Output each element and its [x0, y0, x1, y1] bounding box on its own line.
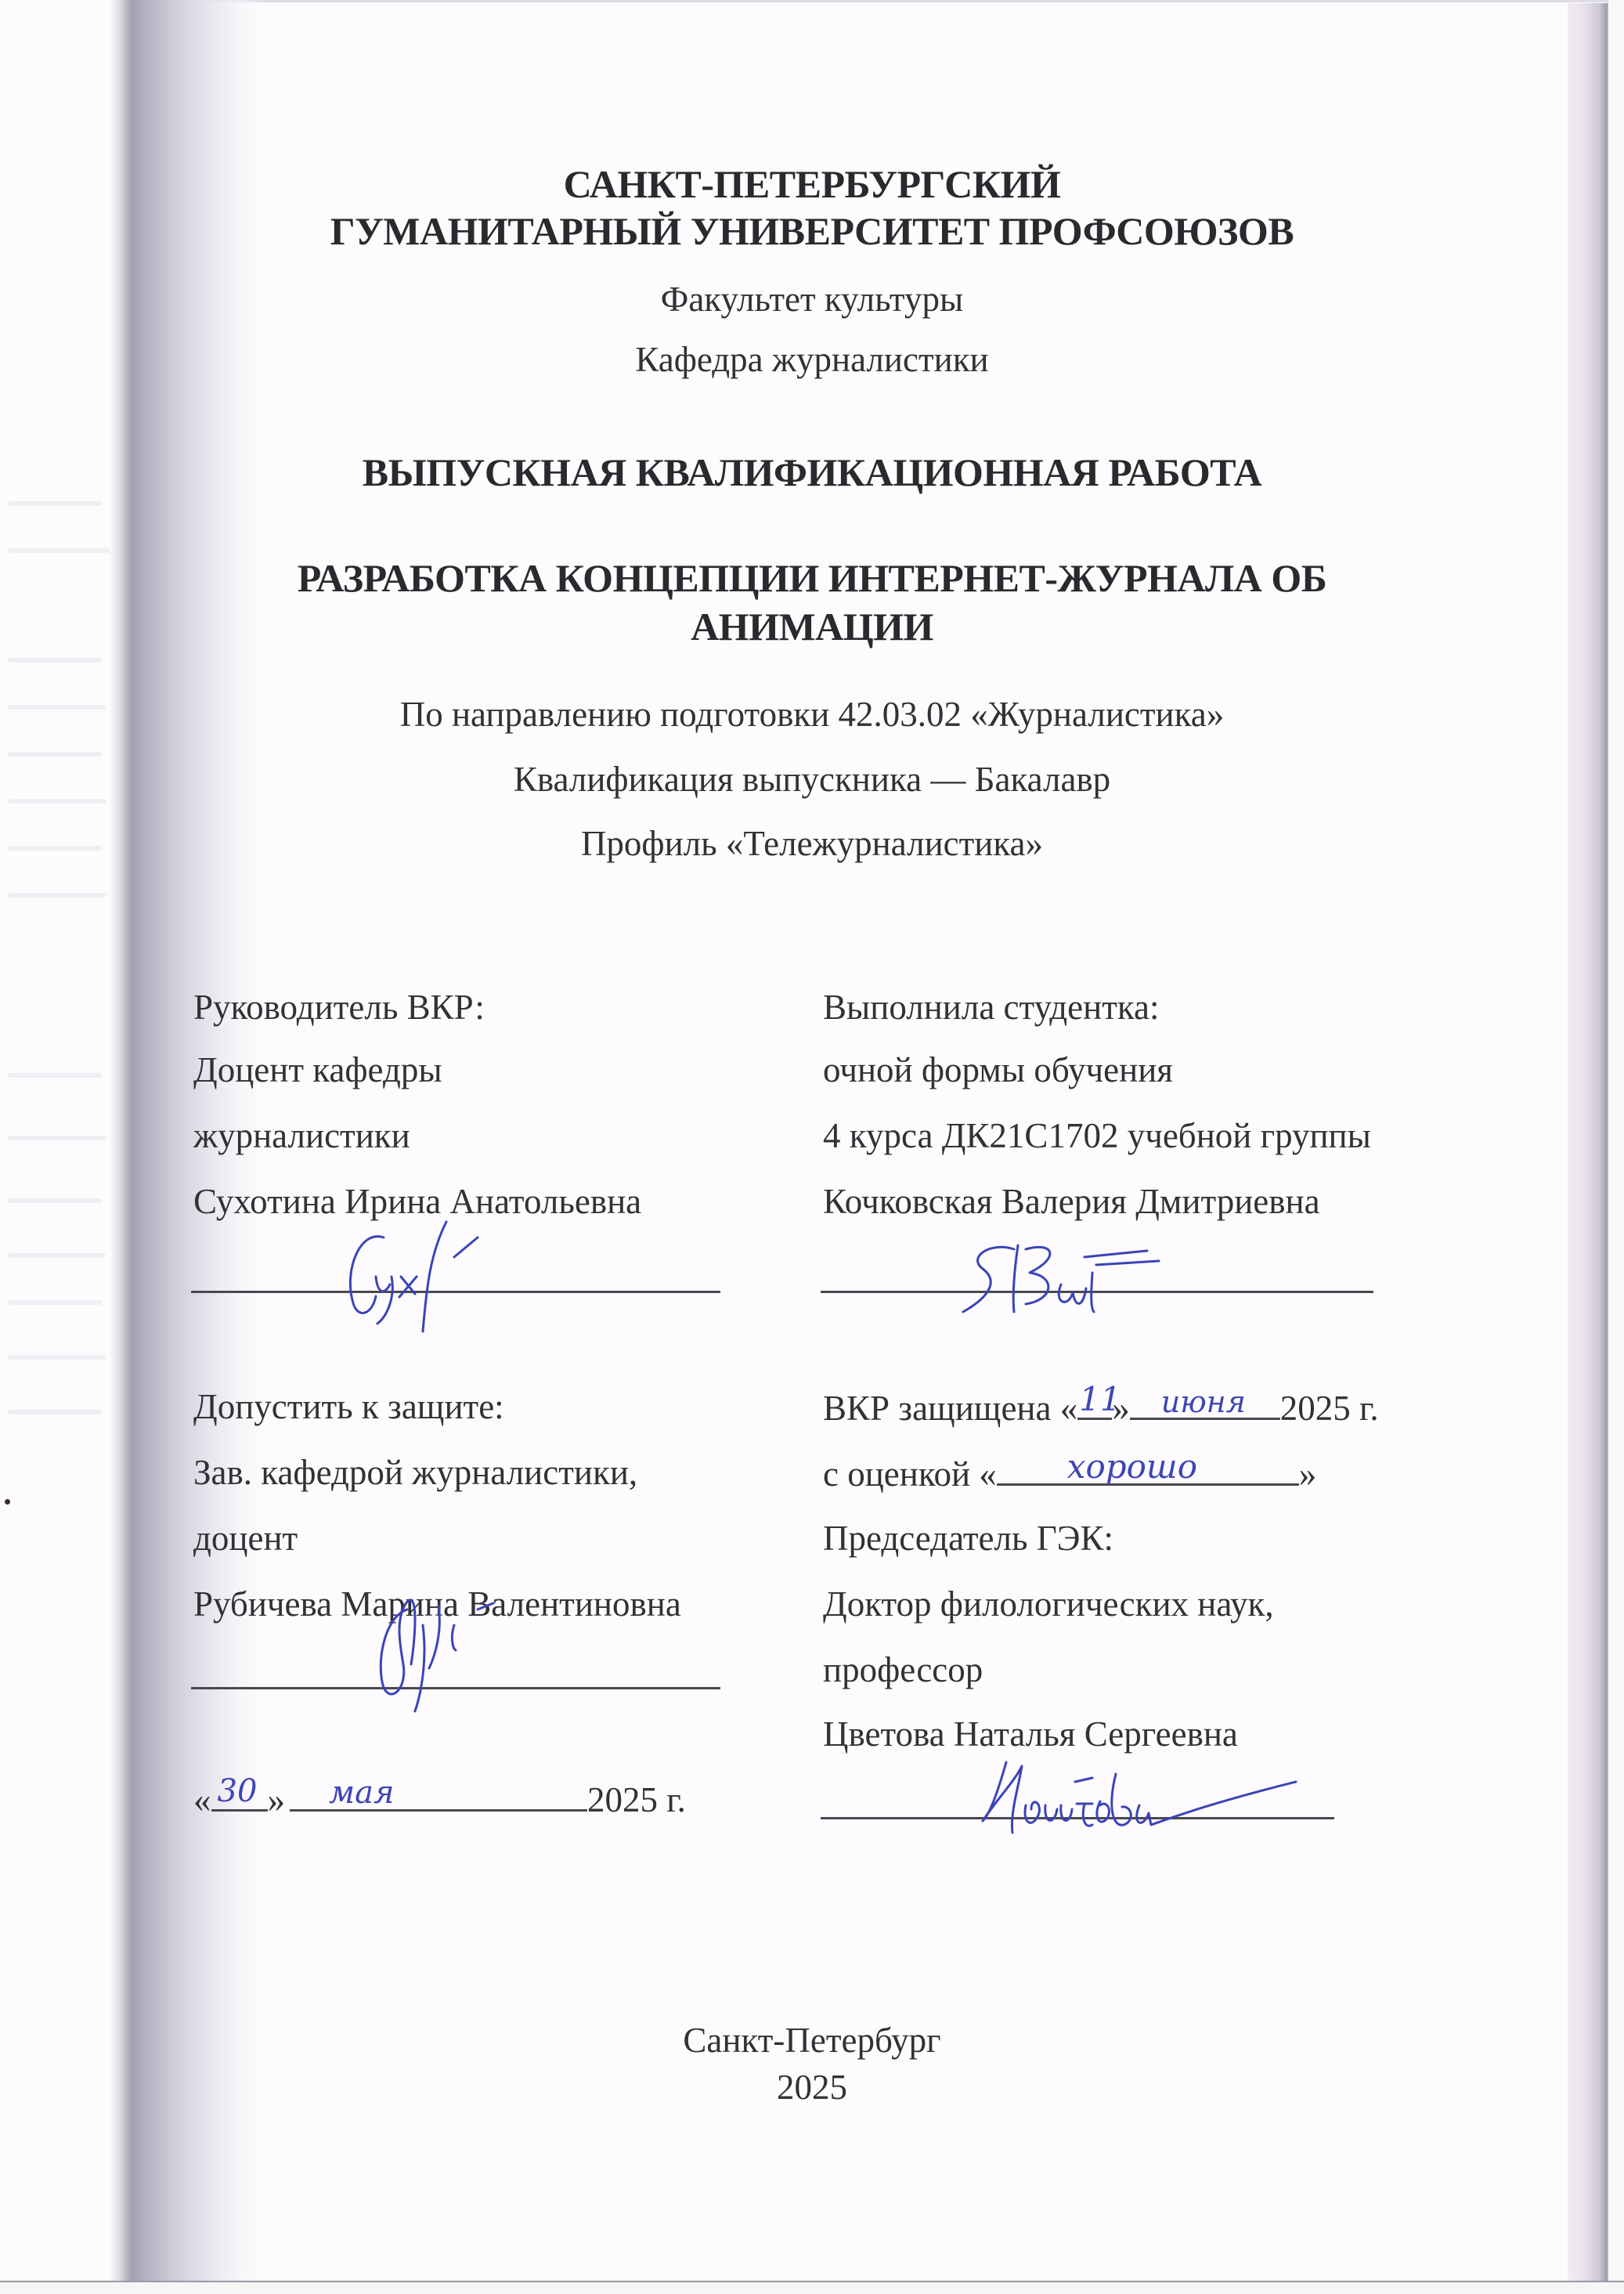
date-close-quote: » [268, 1780, 286, 1819]
student-signature [959, 1234, 1163, 1320]
bleed-through [8, 893, 106, 898]
bleed-through [8, 1198, 102, 1203]
page-bottom-edge [0, 2281, 1624, 2294]
defense-grade: с оценкой «хорошо» [823, 1452, 1316, 1494]
city: Санкт-Петербург [0, 2020, 1624, 2061]
work-title-line1: РАЗРАБОТКА КОНЦЕПЦИИ ИНТЕРНЕТ-ЖУРНАЛА ОБ [0, 555, 1624, 601]
date-day-handwritten: 30 [218, 1773, 258, 1809]
chair-degree: Доктор филологических наук, [823, 1584, 1274, 1624]
grade-field: хорошо [997, 1452, 1299, 1486]
faculty: Факультет культуры [0, 279, 1624, 320]
supervisor-signature [329, 1222, 485, 1331]
bleed-through [8, 658, 102, 663]
admission-date: «30»мая2025 г. [193, 1778, 686, 1820]
defended-month-handwritten: июня [1161, 1385, 1246, 1419]
grade-suffix: » [1299, 1454, 1317, 1494]
bleed-through [8, 1253, 106, 1258]
bleed-through [8, 1355, 106, 1360]
chair-label: Председатель ГЭК: [823, 1518, 1113, 1559]
defended-day-field: 11 [1077, 1386, 1112, 1420]
chair-title: профессор [823, 1649, 983, 1690]
bleed-through [8, 1300, 102, 1305]
supervisor-position-line2: журналистики [193, 1115, 410, 1156]
defense-date: ВКР защищена «11»июня2025 г. [823, 1386, 1379, 1429]
chair-name: Цветова Наталья Сергеевна [823, 1714, 1238, 1754]
defended-year: 2025 г. [1280, 1389, 1379, 1428]
student-study-form: очной формы обучения [823, 1049, 1173, 1090]
bleed-through [8, 1136, 106, 1140]
work-title-line2: АНИМАЦИИ [0, 604, 1624, 649]
date-year: 2025 г. [587, 1780, 686, 1819]
year: 2025 [0, 2067, 1624, 2108]
admission-signature [360, 1594, 532, 1719]
chair-signature [983, 1758, 1312, 1852]
bleed-through [8, 1073, 102, 1078]
date-open-quote: « [193, 1780, 211, 1819]
study-direction: По направлению подготовки 42.03.02 «Журн… [0, 694, 1624, 735]
grade-prefix: с оценкой « [823, 1454, 997, 1494]
supervisor-position-line1: Доцент кафедры [193, 1049, 442, 1090]
defended-day-handwritten: 11 [1079, 1380, 1121, 1418]
grade-handwritten: хорошо [1067, 1447, 1197, 1486]
date-day-field: 30 [211, 1778, 268, 1812]
supervisor-label: Руководитель ВКР: [193, 987, 485, 1028]
scan-speck [5, 1499, 10, 1505]
admission-position-line2: доцент [193, 1518, 298, 1559]
bleed-through [8, 1410, 102, 1414]
admission-position-line1: Зав. кафедрой журналистики, [193, 1452, 637, 1493]
university-name-line1: САНКТ-ПЕТЕРБУРГСКИЙ [0, 161, 1624, 207]
department: Кафедра журналистики [0, 339, 1624, 380]
student-name: Кочковская Валерия Дмитриевна [823, 1181, 1320, 1222]
university-name-line2: ГУМАНИТАРНЫЙ УНИВЕРСИТЕТ ПРОФСОЮЗОВ [0, 208, 1624, 254]
student-label: Выполнила студентка: [823, 987, 1160, 1028]
date-month-field: мая [290, 1778, 587, 1812]
profile: Профиль «Тележурналистика» [0, 823, 1624, 864]
work-type: ВЫПУСКНАЯ КВАЛИФИКАЦИОННАЯ РАБОТА [0, 450, 1624, 495]
supervisor-name: Сухотина Ирина Анатольевна [193, 1181, 641, 1222]
student-group: 4 курса ДК21С1702 учебной группы [823, 1115, 1371, 1156]
date-month-handwritten: мая [329, 1775, 395, 1811]
admission-label: Допустить к защите: [193, 1386, 504, 1427]
bleed-through [8, 548, 110, 553]
qualification: Квалификация выпускника — Бакалавр [0, 759, 1624, 800]
bleed-through [8, 752, 102, 757]
bleed-through [8, 501, 102, 506]
defended-prefix: ВКР защищена « [823, 1389, 1077, 1428]
scan-top-edge [125, 0, 1608, 2]
defended-month-field: июня [1130, 1386, 1280, 1420]
